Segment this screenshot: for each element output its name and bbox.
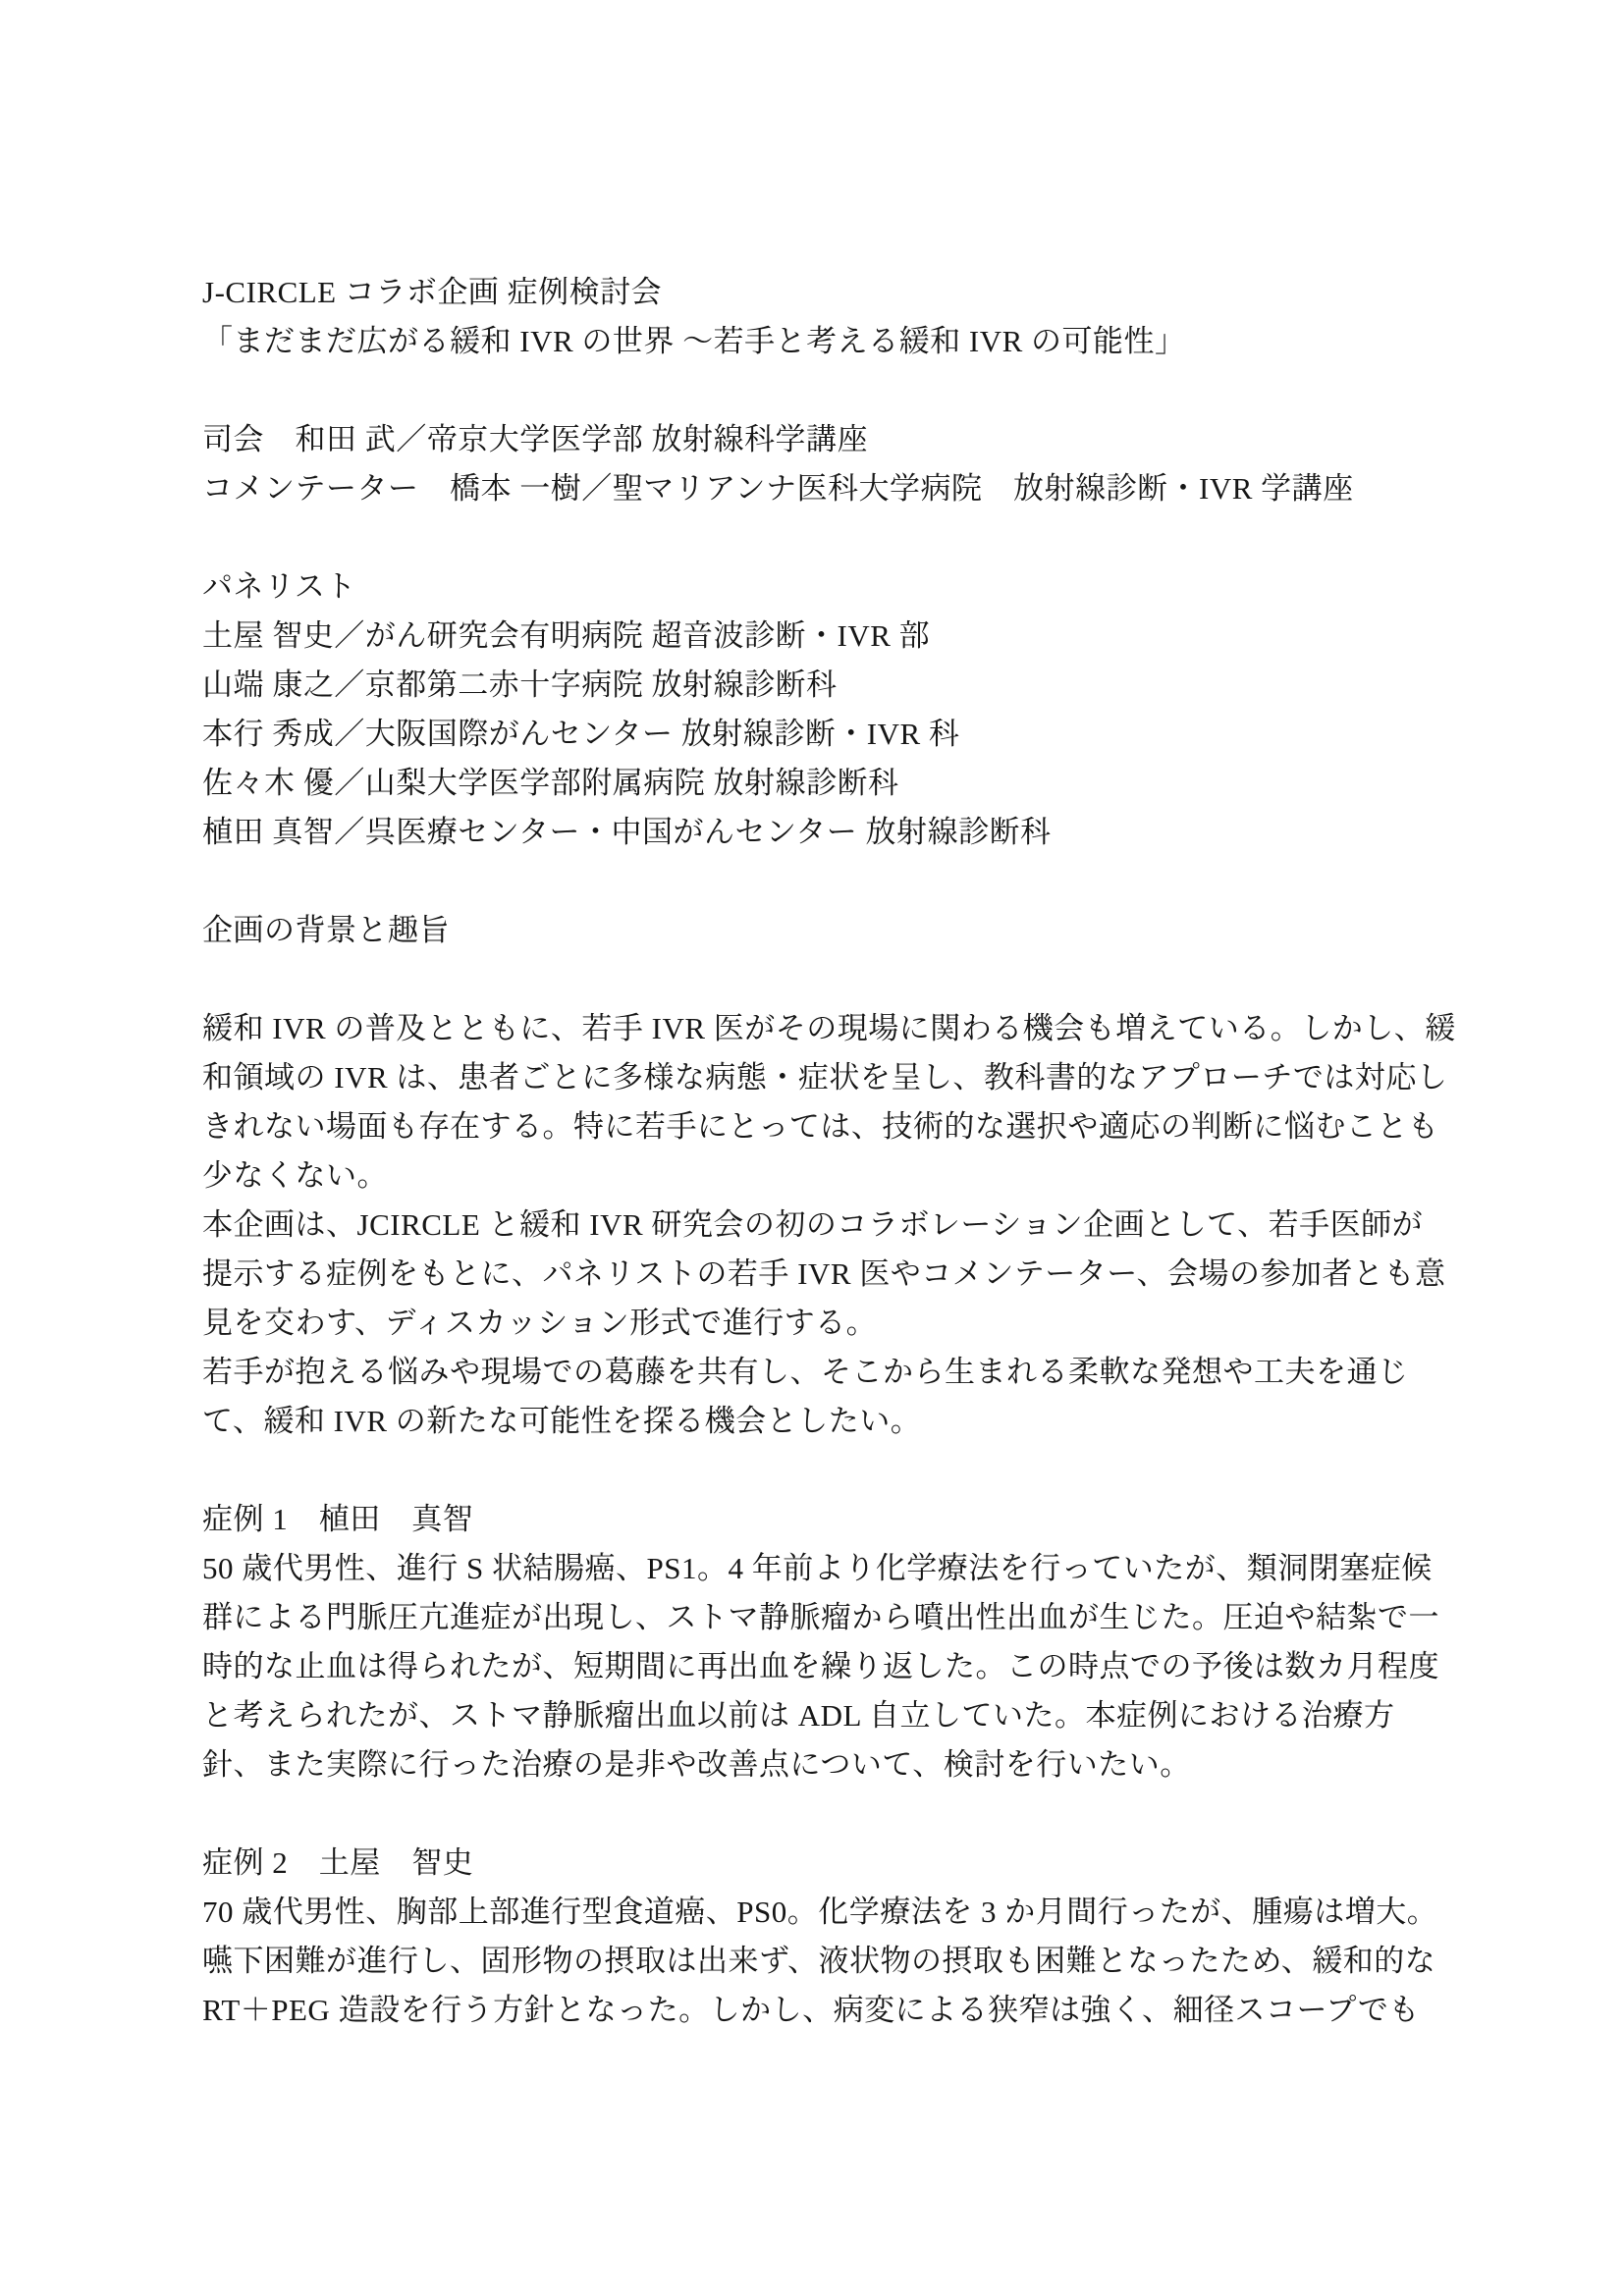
commentator-line: コメンテーター 橋本 一樹／聖マリアンナ医科大学病院 放射線診断・IVR 学講座 xyxy=(202,464,1447,513)
case1-line: 群による門脈圧亢進症が出現し、ストマ静脈瘤から噴出性出血が生じた。圧迫や結紮で一 xyxy=(202,1593,1447,1642)
case2-heading: 症例 2 土屋 智史 xyxy=(202,1839,1447,1888)
background-paragraph-line: 若手が抱える悩みや現場での葛藤を共有し、そこから生まれる柔軟な発想や工夫を通じ xyxy=(202,1348,1447,1397)
background-paragraph-line: 緩和 IVR の普及とともに、若手 IVR 医がその現場に関わる機会も増えている… xyxy=(202,1004,1447,1053)
blank-line xyxy=(202,513,1447,562)
blank-line xyxy=(202,1789,1447,1839)
background-paragraph-line: 見を交わす、ディスカッション形式で進行する。 xyxy=(202,1299,1447,1348)
case1-line: 50 歳代男性、進行 S 状結腸癌、PS1。4 年前より化学療法を行っていたが、… xyxy=(202,1544,1447,1593)
case1-heading: 症例 1 植田 真智 xyxy=(202,1495,1447,1544)
moderator-line: 司会 和田 武／帝京大学医学部 放射線科学講座 xyxy=(202,415,1447,464)
background-paragraph-line: 提示する症例をもとに、パネリストの若手 IVR 医やコメンテーター、会場の参加者… xyxy=(202,1250,1447,1299)
case2-line: 70 歳代男性、胸部上部進行型食道癌、PS0。化学療法を 3 か月間行ったが、腫… xyxy=(202,1888,1447,1937)
background-paragraph-line: きれない場面も存在する。特に若手にとっては、技術的な選択や適応の判断に悩むことも xyxy=(202,1102,1447,1151)
panelist-line: 山端 康之／京都第二赤十字病院 放射線診断科 xyxy=(202,661,1447,710)
blank-line xyxy=(202,366,1447,415)
background-paragraph-line: 少なくない。 xyxy=(202,1151,1447,1201)
background-paragraph-line: 本企画は、JCIRCLE と緩和 IVR 研究会の初のコラボレーション企画として… xyxy=(202,1201,1447,1250)
event-subtitle: 「まだまだ広がる緩和 IVR の世界 ～若手と考える緩和 IVR の可能性」 xyxy=(202,317,1447,366)
event-title: J-CIRCLE コラボ企画 症例検討会 xyxy=(202,268,1447,317)
case1-line: 時的な止血は得られたが、短期間に再出血を繰り返した。この時点での予後は数カ月程度 xyxy=(202,1642,1447,1691)
case2-line: RT＋PEG 造設を行う方針となった。しかし、病変による狭窄は強く、細径スコープ… xyxy=(202,1986,1447,2035)
background-paragraph-line: 和領域の IVR は、患者ごとに多様な病態・症状を呈し、教科書的なアプローチでは… xyxy=(202,1053,1447,1102)
panelist-line: 植田 真智／呉医療センター・中国がんセンター 放射線診断科 xyxy=(202,808,1447,857)
background-heading: 企画の背景と趣旨 xyxy=(202,906,1447,955)
panelist-line: 佐々木 優／山梨大学医学部附属病院 放射線診断科 xyxy=(202,759,1447,808)
panelist-line: 本行 秀成／大阪国際がんセンター 放射線診断・IVR 科 xyxy=(202,710,1447,759)
blank-line xyxy=(202,955,1447,1004)
background-paragraph-line: て、緩和 IVR の新たな可能性を探る機会としたい。 xyxy=(202,1397,1447,1446)
panelist-heading: パネリスト xyxy=(202,562,1447,612)
document-page: J-CIRCLE コラボ企画 症例検討会 「まだまだ広がる緩和 IVR の世界 … xyxy=(0,0,1624,2296)
panelist-line: 土屋 智史／がん研究会有明病院 超音波診断・IVR 部 xyxy=(202,612,1447,661)
blank-line xyxy=(202,1446,1447,1495)
case1-line: 針、また実際に行った治療の是非や改善点について、検討を行いたい。 xyxy=(202,1740,1447,1789)
case1-line: と考えられたが、ストマ静脈瘤出血以前は ADL 自立していた。本症例における治療… xyxy=(202,1691,1447,1740)
blank-line xyxy=(202,857,1447,906)
case2-line: 嚥下困難が進行し、固形物の摂取は出来ず、液状物の摂取も困難となったため、緩和的な xyxy=(202,1937,1447,1986)
